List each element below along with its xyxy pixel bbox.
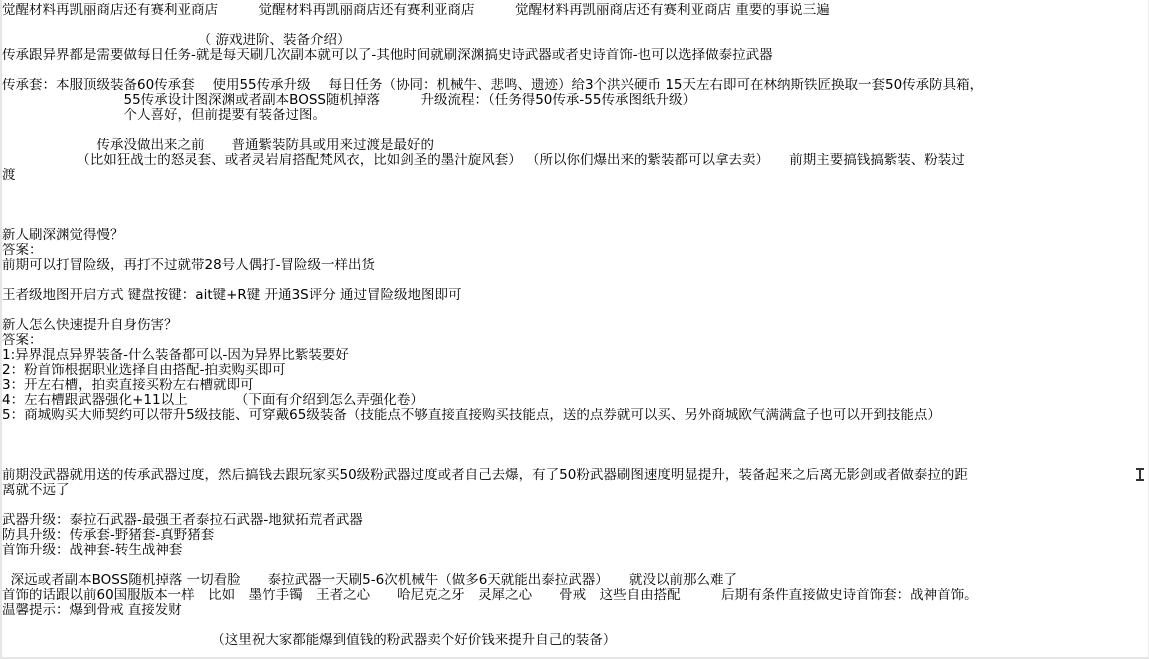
text-line: 传承跟异界都是需要做每日任务-就是每天刷几次副本就可以了-其他时间就刷深渊搞史诗… [2,48,1148,63]
text-cursor[interactable] [1136,468,1144,481]
guide-document: 觉醒材料再凯丽商店还有赛利亚商店 觉醒材料再凯丽商店还有赛利亚商店 觉醒材料再凯… [2,3,1148,648]
text-line: 55传承设计图深渊或者副本BOSS随机掉落 升级流程：（任务得50传承-55传承… [2,93,1148,108]
text-line: 2：粉首饰根据职业选择自由搭配-拍卖购买即可 [2,363,1148,378]
text-line: 武器升级：泰拉石武器-最强王者泰拉石武器-地狱拓荒者武器 [2,513,1148,528]
text-line: 4：左右槽跟武器强化+11以上 （下面有介绍到怎么弄强化卷） [2,393,1148,408]
text-line [2,183,1148,198]
text-line: 5：商城购买大师契约可以带升5级技能、可穿戴65级装备（技能点不够直接直接购买技… [2,408,1148,423]
text-line: 新人刷深渊觉得慢？ [2,228,1148,243]
text-line: 离就不远了 [2,483,1148,498]
text-line [2,618,1148,633]
text-line: 温馨提示：爆到骨戒 直接发财 [2,603,1148,618]
text-line: 答案： [2,243,1148,258]
text-line: 新人怎么快速提升自身伤害？ [2,318,1148,333]
text-line: 首饰的话跟以前60国服版本一样 比如 墨竹手镯 王者之心 哈尼克之牙 灵犀之心 … [2,588,1148,603]
document-window: 觉醒材料再凯丽商店还有赛利亚商店 觉醒材料再凯丽商店还有赛利亚商店 觉醒材料再凯… [0,0,1149,659]
text-line: （这里祝大家都能爆到值钱的粉武器卖个好价钱来提升自己的装备） [2,633,1148,648]
text-line [2,273,1148,288]
text-line [2,498,1148,513]
text-line: 传承套：本服顶级装备60传承套 使用55传承升级 每日任务（协同：机械牛、悲鸣、… [2,78,1148,93]
text-line: 深远或者副本BOSS随机掉落 一切看脸 泰拉武器一天刷5-6次机械牛（做多6天就… [2,573,1148,588]
text-line [2,303,1148,318]
text-line: （ 游戏进阶、装备介绍） [2,33,1148,48]
text-line: 首饰升级：战神套-转生战神套 [2,543,1148,558]
text-line: 个人喜好，但前提要有装备过图。 [2,108,1148,123]
text-line [2,18,1148,33]
text-line [2,213,1148,228]
text-line: 渡 [2,168,1148,183]
text-line: 前期没武器就用送的传承武器过度，然后搞钱去跟玩家买50级粉武器过度或者自己去爆，… [2,468,1148,483]
text-line [2,198,1148,213]
text-line: 答案： [2,333,1148,348]
text-line [2,123,1148,138]
text-line [2,63,1148,78]
text-line: 觉醒材料再凯丽商店还有赛利亚商店 觉醒材料再凯丽商店还有赛利亚商店 觉醒材料再凯… [2,3,1148,18]
text-line: 3：开左右槽，拍卖直接买粉左右槽就即可 [2,378,1148,393]
text-line: 防具升级：传承套-野猪套-真野猪套 [2,528,1148,543]
text-line: 前期可以打冒险级，再打不过就带28号人偶打-冒险级一样出货 [2,258,1148,273]
text-line: 传承没做出来之前 普通紫装防具或用来过渡是最好的 [2,138,1148,153]
text-line: 1:异界混点异界装备-什么装备都可以-因为异界比紫装要好 [2,348,1148,363]
text-line: （比如狂战士的怒灵套、或者灵岩肩搭配梵风衣，比如剑圣的墨汁旋风套） （所以你们爆… [2,153,1148,168]
text-line: 王者级地图开启方式 键盘按键：ait键+R键 开通3S评分 通过冒险级地图即可 [2,288,1148,303]
text-line [2,423,1148,438]
text-line [2,558,1148,573]
text-line [2,453,1148,468]
text-line [2,438,1148,453]
